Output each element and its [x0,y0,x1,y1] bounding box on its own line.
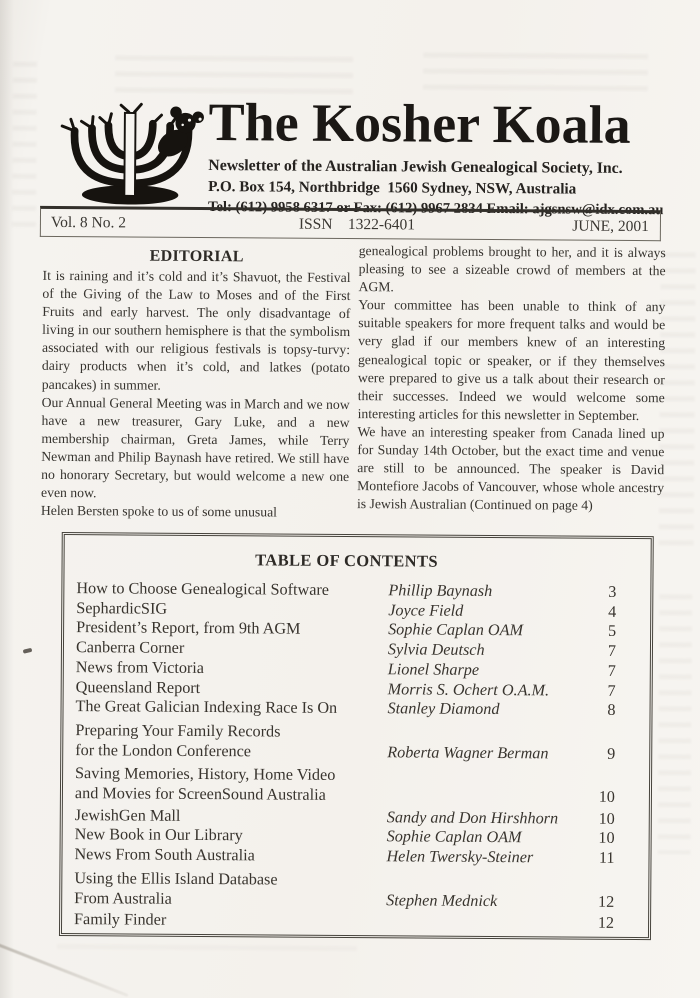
paper-crease [0,940,129,998]
toc-entry-page: 11 [586,849,614,869]
toc-row: The Great Galician Indexing Race Is OnSt… [75,697,615,720]
toc-entry-author: Sylvia Deutsch [388,640,588,661]
koala-menorah-logo-icon [52,98,209,207]
toc-entry-title: The Great Galician Indexing Race Is On [75,697,387,719]
toc-entry-title: Family Finder [74,910,386,932]
toc-entry-author: Lionel Sharpe [388,660,588,681]
issn-number: 1322-6401 [348,216,415,234]
toc-row: Using the Ellis Island DatabaseFrom Aust… [74,869,614,912]
bleed-through-smudge [57,944,357,958]
toc-entry-page: 10 [587,829,615,849]
toc-entry-author [387,806,587,807]
editorial-paragraph: Your committee has been unable to think … [358,296,666,425]
toc-entry-title: SephardicSIG [76,599,388,621]
volume-number: Vol. 8 No. 2 [51,214,126,233]
toc-entry-author: Sandy and Don Hirshhorn [387,808,587,829]
toc-rows: How to Choose Genealogical SoftwarePhill… [74,579,616,934]
toc-entry-title: Preparing Your Family Recordsfor the Lon… [75,721,387,763]
toc-row: Saving Memories, History, Home Videoand … [75,764,615,807]
toc-entry-page: 8 [587,701,615,721]
toc-entry-page: 7 [588,662,616,682]
toc-entry-author: Stanley Diamond [387,700,587,721]
editorial-right-body: genealogical problems brought to her, an… [357,242,666,516]
toc-entry-title: Canberra Corner [76,638,388,660]
toc-entry-title: President’s Report, from 9th AGM [76,619,388,641]
bleed-through-smudge [115,55,353,97]
toc-entry-author: Sophie Caplan OAM [388,621,588,642]
toc-entry-title: How to Choose Genealogical Software [76,579,388,601]
toc-entry-author [386,932,586,933]
toc-entry-title: JewishGen Mall [75,806,387,828]
editorial-paragraph: Our Annual General Meeting was in March … [41,394,350,505]
editorial-paragraph: We have an interesting speaker from Cana… [357,423,665,516]
toc-entry-title: News from Victoria [76,658,388,680]
editorial-paragraph: Helen Bersten spoke to us of some unusua… [41,502,349,522]
toc-entry-author: Roberta Wagner Berman [387,743,587,764]
toc-entry-page: 12 [586,914,614,934]
toc-row: News From South AustraliaHelen Twersky-S… [74,845,614,868]
toc-entry-title: Using the Ellis Island DatabaseFrom Aust… [74,869,386,911]
toc-entry-author: Joyce Field [388,601,588,622]
toc-entry-page: 7 [588,681,616,701]
editorial-left-body: It is raining and it’s cold and it’s Sha… [41,267,351,522]
toc-entry-title: New Book in Our Library [75,826,387,848]
toc-entry-author: Stephen Mednick [386,891,586,912]
newsletter-subtitle: Newsletter of the Australian Jewish Gene… [208,157,690,178]
newsletter-title: The Kosher Koala [208,94,690,153]
margin-pen-mark [23,648,33,654]
editorial-column-right: genealogical problems brought to her, an… [357,242,666,516]
issue-info-bar: Vol. 8 No. 2 ISSN 1322-6401 JUNE, 2001 [40,206,661,241]
society-address: P.O. Box 154, Northbridge 1560 Sydney, N… [208,178,690,199]
editorial-heading: EDITORIAL [43,247,351,267]
toc-entry-page: 12 [586,892,614,912]
toc-entry-page: 9 [587,744,615,764]
bleed-through-smudge [658,594,693,854]
toc-row: Preparing Your Family Recordsfor the Lon… [75,721,615,764]
toc-entry-page: 3 [588,583,616,603]
toc-heading: TABLE OF CONTENTS [77,549,617,573]
toc-entry-author: Phillip Baynash [388,581,588,602]
toc-row: Family Finder12 [74,910,614,933]
toc-entry-author: Morris S. Ochert O.A.M. [388,680,588,701]
scanned-newsletter-page: The Kosher Koala Newsletter of the Austr… [0,0,700,998]
toc-entry-page: 5 [588,622,616,642]
bleed-through-smudge [12,62,37,232]
toc-entry-title: Saving Memories, History, Home Videoand … [75,764,387,806]
editorial-paragraph: It is raining and it’s cold and it’s Sha… [42,267,351,396]
toc-entry-title: News From South Australia [74,845,386,867]
editorial-column-left: EDITORIAL It is raining and it’s cold an… [41,247,351,522]
toc-entry-title: Queensland Report [76,678,388,700]
page-sheet: The Kosher Koala Newsletter of the Austr… [0,0,700,998]
editorial-paragraph: genealogical problems brought to her, an… [358,242,665,298]
toc-entry-page: 10 [587,788,615,808]
issue-date: JUNE, 2001 [572,218,649,237]
toc-entry-page: 4 [588,602,616,622]
issn-label: ISSN [299,216,333,234]
toc-entry-author: Helen Twersky-Steiner [386,847,586,868]
toc-entry-page: 7 [588,642,616,662]
masthead: The Kosher Koala Newsletter of the Austr… [208,94,691,219]
table-of-contents-box: TABLE OF CONTENTS How to Choose Genealog… [59,532,654,940]
toc-entry-page: 10 [587,809,615,829]
toc-entry-author: Sophie Caplan OAM [387,828,587,849]
